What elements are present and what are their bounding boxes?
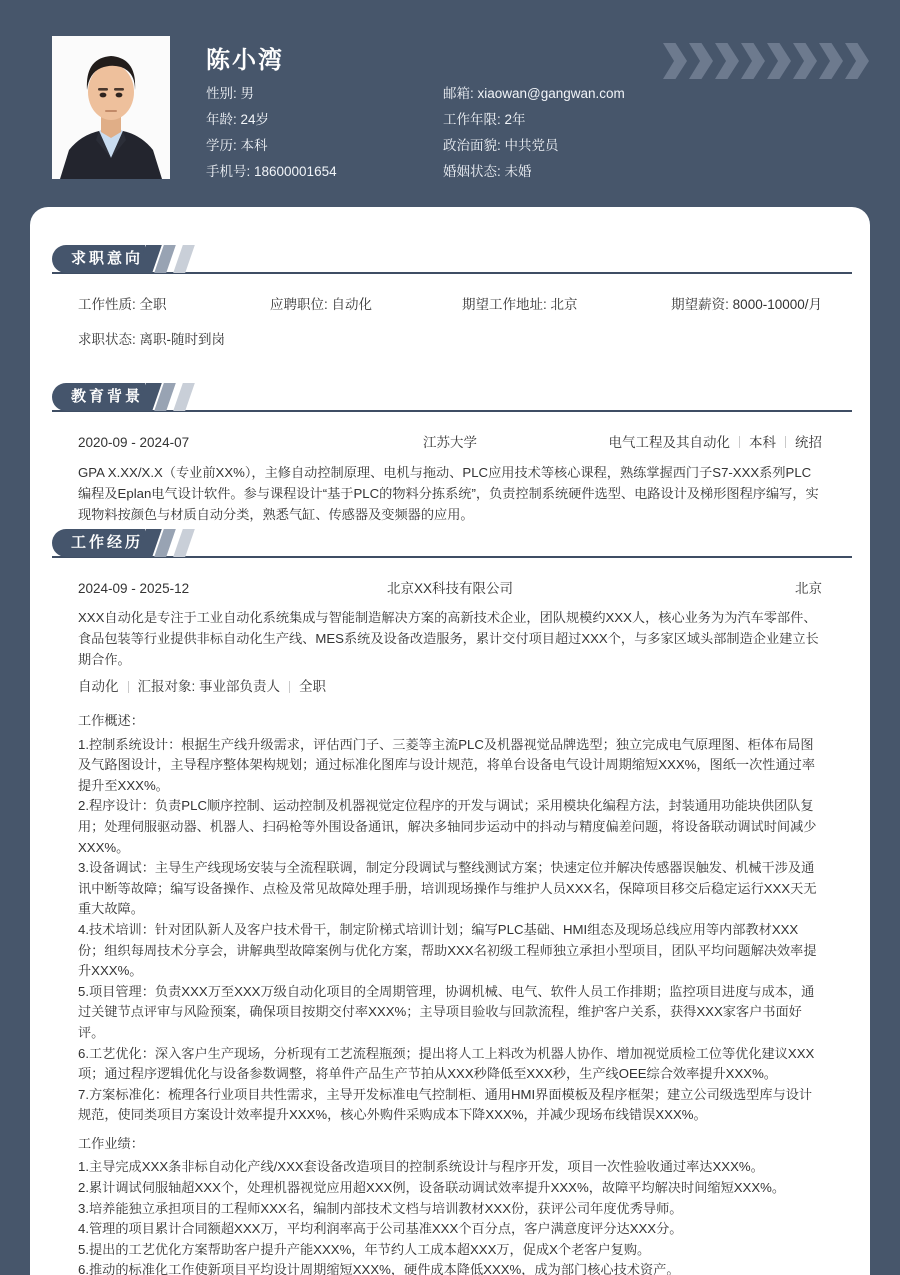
education-school: 江苏大学	[78, 434, 822, 451]
chevron-icon	[663, 43, 687, 79]
section-header-education: 教育背景	[52, 383, 852, 411]
work-overview-block: 工作概述： 1.控制系统设计：根据生产线升级需求，评估西门子、三菱等主流PLC及…	[78, 711, 822, 1126]
candidate-name: 陈小湾	[206, 40, 284, 75]
chevron-icon	[819, 43, 843, 79]
section-header-work: 工作经历	[52, 529, 852, 557]
chevron-icon	[793, 43, 817, 79]
job-intention-row-1: 工作性质: 全职 应聘职位: 自动化 期望工作地址: 北京 期望薪资: 8000…	[78, 296, 822, 313]
work-company: 北京XX科技有限公司	[78, 580, 822, 597]
overview-item: 6.工艺优化：深入客户生产现场，分析现有工艺流程瓶颈；提出将人工上料改为机器人协…	[78, 1044, 822, 1085]
achievement-item: 6.推动的标准化工作使新项目平均设计周期缩短XXX%，硬件成本降低XXX%，成为…	[78, 1260, 822, 1275]
section-title-badge: 求职意向	[52, 245, 145, 273]
chevron-icon	[845, 43, 869, 79]
info-work-years: 工作年限: 2年	[443, 107, 625, 133]
company-intro: XXX自动化是专注于工业自动化系统集成与智能制造解决方案的高新技术企业，团队规模…	[78, 607, 822, 670]
stripe-decoration	[173, 383, 195, 411]
work-tag: 自动化	[78, 678, 119, 695]
chevrons-decoration	[663, 43, 871, 79]
work-achievements-title: 工作业绩：	[78, 1134, 822, 1155]
resume-header: 陈小湾 性别: 男 年龄: 24岁 学历: 本科 手机号: 1860000165…	[0, 0, 900, 207]
overview-item: 3.设备调试：主导生产线现场安装与全流程联调，制定分段调试与整线测试方案；快速定…	[78, 858, 822, 920]
chevron-icon	[689, 43, 713, 79]
work-overview-title: 工作概述：	[78, 711, 822, 732]
achievement-item: 2.累计调试伺服轴超XXX个，处理机器视觉应用超XXX例，设备联动调试效率提升X…	[78, 1178, 822, 1199]
work-summary-row: 2024-09 - 2025-12 北京XX科技有限公司 北京	[78, 580, 822, 597]
field-location: 期望工作地址: 北京	[462, 296, 671, 313]
divider	[289, 681, 290, 693]
achievement-item: 3.培养能独立承担项目的工程师XXX名，编制内部技术文档与培训教材XXX份，获评…	[78, 1199, 822, 1220]
section-header-job-intention: 求职意向	[52, 245, 852, 273]
overview-item: 2.程序设计：负责PLC顺序控制、运动控制及机器视觉定位程序的开发与调试；采用模…	[78, 796, 822, 858]
profile-photo-illustration	[52, 36, 170, 179]
overview-item: 5.项目管理：负责XXX万至XXX万级自动化项目的全周期管理，协调机械、电气、软…	[78, 982, 822, 1044]
profile-photo	[52, 36, 170, 179]
work-tags-row: 自动化汇报对象: 事业部负责人全职	[78, 678, 822, 695]
stripe-decoration	[173, 529, 195, 557]
info-age: 年龄: 24岁	[206, 107, 337, 133]
achievement-item: 1.主导完成XXX条非标自动化产线/XXX套设备改造项目的控制系统设计与程序开发…	[78, 1157, 822, 1178]
chevron-icon	[741, 43, 765, 79]
resume-card: 求职意向 工作性质: 全职 应聘职位: 自动化 期望工作地址: 北京 期望薪资:…	[30, 207, 870, 1275]
stripe-decoration	[173, 245, 195, 273]
overview-item: 4.技术培训：针对团队新人及客户技术骨干，制定阶梯式培训计划；编写PLC基础、H…	[78, 920, 822, 982]
field-position: 应聘职位: 自动化	[270, 296, 462, 313]
overview-item: 1.控制系统设计：根据生产线升级需求，评估西门子、三菱等主流PLC及机器视觉品牌…	[78, 735, 822, 797]
info-gender: 性别: 男	[206, 81, 337, 107]
info-education: 学历: 本科	[206, 133, 337, 159]
chevron-icon	[767, 43, 791, 79]
header-info-right: 邮箱: xiaowan@gangwan.com 工作年限: 2年 政治面貌: 中…	[443, 81, 625, 185]
achievement-item: 4.管理的项目累计合同额超XXX万，平均利润率高于公司基准XXX个百分点，客户满…	[78, 1219, 822, 1240]
education-description: GPA X.XX/X.X（专业前XX%），主修自动控制原理、电机与拖动、PLC应…	[78, 462, 822, 525]
info-email: 邮箱: xiaowan@gangwan.com	[443, 81, 625, 107]
work-tag: 汇报对象: 事业部负责人	[138, 678, 281, 695]
info-phone: 手机号: 18600001654	[206, 159, 337, 185]
field-job-status: 求职状态: 离职-随时到岗	[78, 331, 225, 348]
header-info-left: 性别: 男 年龄: 24岁 学历: 本科 手机号: 18600001654	[206, 81, 337, 185]
field-salary: 期望薪资: 8000-10000/月	[671, 296, 822, 313]
job-intention-row-2: 求职状态: 离职-随时到岗	[78, 331, 822, 348]
divider	[128, 681, 129, 693]
chevron-icon	[715, 43, 739, 79]
section-title-badge: 工作经历	[52, 529, 145, 557]
resume-page: 陈小湾 性别: 男 年龄: 24岁 学历: 本科 手机号: 1860000165…	[0, 0, 900, 1275]
info-political-status: 政治面貌: 中共党员	[443, 133, 625, 159]
education-summary-row: 2020-09 - 2024-07 江苏大学 电气工程及其自动化本科统招	[78, 434, 822, 451]
field-work-type: 工作性质: 全职	[78, 296, 270, 313]
section-title-badge: 教育背景	[52, 383, 145, 411]
work-tag: 全职	[299, 678, 326, 695]
overview-item: 7.方案标准化：梳理各行业项目共性需求，主导开发标准电气控制柜、通用HMI界面模…	[78, 1085, 822, 1126]
work-achievements-block: 工作业绩： 1.主导完成XXX条非标自动化产线/XXX套设备改造项目的控制系统设…	[78, 1134, 822, 1275]
info-marital-status: 婚姻状态: 未婚	[443, 159, 625, 185]
achievement-item: 5.提出的工艺优化方案帮助客户提升产能XXX%，年节约人工成本超XXX万，促成X…	[78, 1240, 822, 1261]
